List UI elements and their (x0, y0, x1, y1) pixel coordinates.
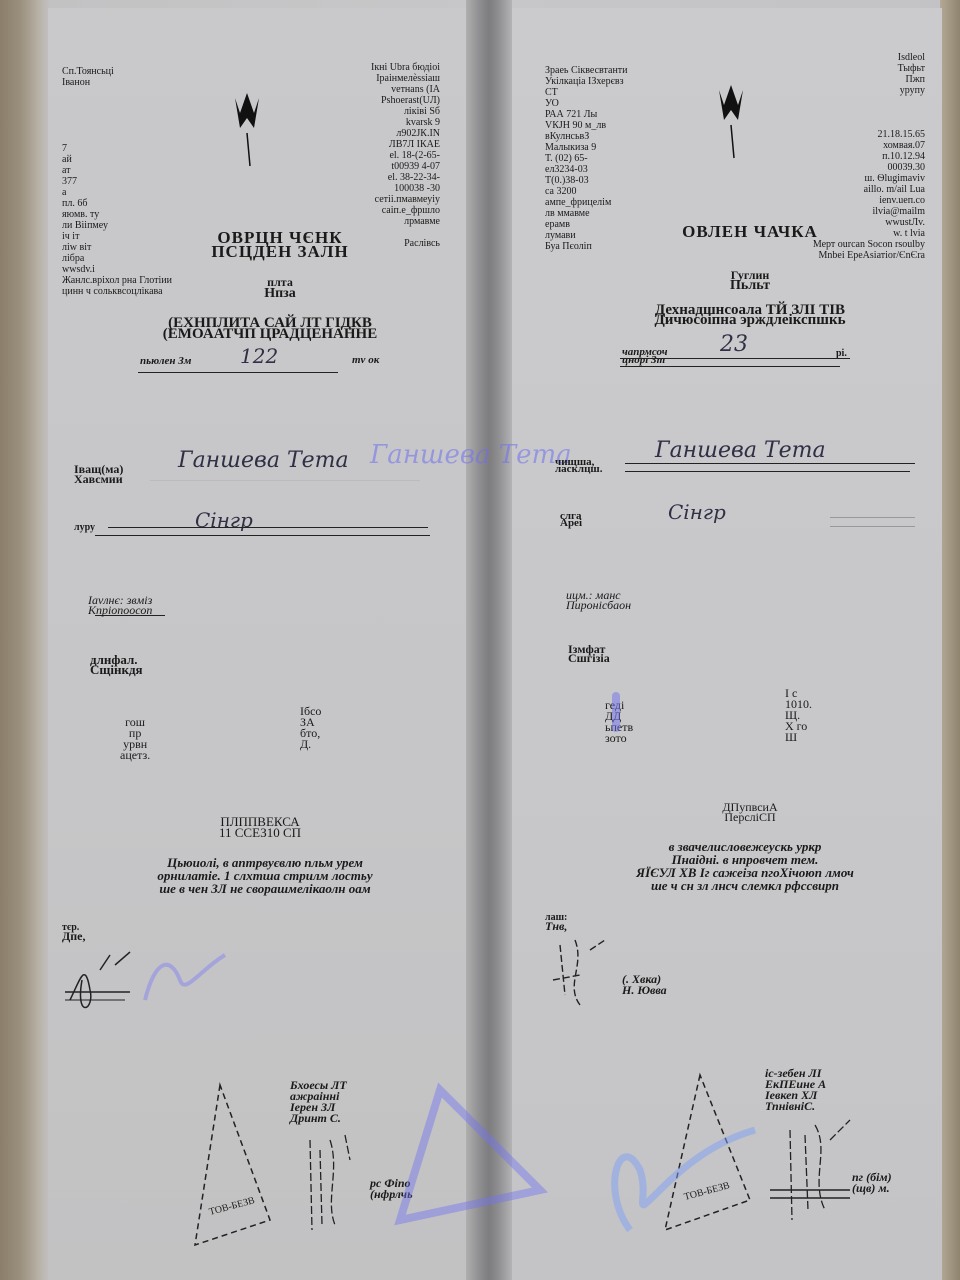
right-bottom-signature (770, 1110, 860, 1230)
column-line: Ш (785, 732, 812, 743)
header-line: УО (545, 98, 695, 109)
header-line: VКЈН 90 м_лв (545, 120, 695, 131)
right-section-b: Ізмфат Сшгізіа (568, 642, 610, 666)
header-line: kvarsk 9 (300, 117, 440, 128)
header-line: veтнаns (ІА (300, 84, 440, 95)
right-subtitle: Гуглин Пьльт (680, 268, 820, 294)
left-title-line2: ПСЦДЕН ЗАЛН (130, 242, 430, 262)
header-line: aillo. m/ail Lua (780, 184, 925, 195)
table-surface-right (940, 0, 960, 1280)
right-title-line1: ОВЛЕН ЧАЧКА (600, 222, 900, 242)
right-signer-name: (. Хвка) Н. Ювва (622, 972, 667, 998)
header-line: Жанлс.вріхол рна Глотіии (62, 275, 212, 286)
right-field2-value: Сінгр (668, 500, 726, 524)
right-section-a: ицм.: манс Пиронісбаон (566, 588, 631, 613)
header-line: Буа Пєоліп (545, 241, 695, 252)
left-col-right: ІбсоЗАбто,Д. (300, 706, 321, 750)
left-subtitle-line2: Нпза (200, 286, 360, 302)
right-section-b-line2: Сшгізіа (568, 651, 610, 666)
header-line: ай (62, 154, 212, 165)
right-section-a-line2: Пиронісбаон (566, 598, 631, 613)
left-bottom-text: Бхоесы ЛТажраінніІерен ЗЛДринт С. (290, 1080, 347, 1124)
right-bottom-sig-label-line2: (щв) м. (852, 1181, 892, 1196)
right-bottom-text: іс-зебен ЛІЕкПЕuне АІевкеп ХЛТпнівніС. (765, 1068, 826, 1112)
right-signature (545, 935, 615, 1015)
header-line: ilvia@mailm (780, 206, 925, 217)
header-line: el. 18-(2-65- (300, 150, 440, 161)
header-line (62, 99, 212, 110)
header-line: Пжп (780, 74, 925, 85)
left-header-left: Сп.ТоянсьціІванон 7айат377апл. 6бяюмв. т… (62, 66, 212, 297)
left-col-left: гошпрурвнацетз. (120, 706, 150, 761)
header-line: 00039.30 (780, 162, 925, 173)
right-field2-label-line2: Ареі (560, 517, 582, 529)
trident-emblem-icon (232, 88, 262, 168)
left-stamp-title: ПЛППВЕКСА 11 ССЕЗ10 СП (190, 814, 330, 841)
header-line: саіп.е_фршло (300, 205, 440, 216)
paragraph-line: ше в чен ЗЛ не сворашмелікаолн оам (100, 882, 430, 895)
header-line: п.10.12.94 (780, 151, 925, 162)
left-section-b: длнфал. Сщінкдя (90, 652, 143, 678)
left-course: (ЕХНПЛИТА САЙ ЛТ ГІДКВ (ЕМОААТЧП ЦРАДЦЕН… (120, 315, 420, 343)
left-stamp-title-line2: 11 ССЕЗ10 СП (190, 825, 330, 841)
left-header-right: Ікні Ubra бюдіоіІраінмелѐssіашveтнаns (І… (300, 62, 440, 249)
right-stamp-title: ДПупвсиА ПерсліСП (680, 800, 820, 825)
header-line: 7 (62, 143, 212, 154)
left-field2-label: луру (74, 522, 95, 533)
header-line: t00939 4-07 (300, 161, 440, 172)
header-line: ампе_фрицелім (545, 197, 695, 208)
header-line: Малыкиза 9 (545, 142, 695, 153)
header-line: ліківі Sб (300, 106, 440, 117)
right-bottom-sig-label: пг (бім) (щв) м. (852, 1170, 892, 1196)
blue-signature (600, 1110, 760, 1240)
right-number-label-line2: цнорі Зт (622, 354, 667, 366)
header-line (780, 107, 925, 118)
header-line: са 3200 (545, 186, 695, 197)
left-bottom-signature (300, 1130, 360, 1240)
header-line: 21.18.15.65 (780, 129, 925, 140)
left-section-b-line2: Сщінкдя (90, 662, 143, 678)
header-line: Pshoerast(UЛ) (300, 95, 440, 106)
header-line (62, 121, 212, 132)
left-name-label-line2: Хавсмии (74, 472, 123, 487)
header-line (62, 110, 212, 121)
header-line (62, 132, 212, 143)
right-title: ОВЛЕН ЧАЧКА (600, 222, 900, 242)
header-line: яюмв. ту (62, 209, 212, 220)
right-name-value: Ганшева Тета (655, 438, 826, 463)
right-signer-label: лаш: Тнв, (545, 912, 567, 934)
header-line: лрмавме (300, 216, 440, 227)
right-number-label: чапрмсоч цнорі Зт (622, 346, 667, 366)
header-line: ш. Ѳlugimaviv (780, 173, 925, 184)
blue-stamp-triangle (390, 1080, 550, 1230)
header-line: Т(0.)38-03 (545, 175, 695, 186)
header-line: Тыфьт (780, 63, 925, 74)
header-line: wwsdv.i (62, 264, 212, 275)
right-subtitle-line2: Пьльт (680, 278, 820, 294)
header-line: Іраінмелѐssіаш (300, 73, 440, 84)
right-name-label: чищша, ласклцш. (555, 456, 602, 475)
header-line: ел3234-03 (545, 164, 695, 175)
left-signature (60, 940, 230, 1030)
right-signer-name-line2: Н. Ювва (622, 983, 667, 998)
paragraph-line: ше ч сн зл лнсч слемкл рфссвирп (590, 879, 900, 892)
right-paragraph: в звачелисловежеускь уркрПнаідні. в нпро… (590, 840, 900, 892)
header-line: урупу (780, 85, 925, 96)
left-paragraph: Цьюиолі, в аптрвуєвлю пльм уреморнилатіе… (100, 856, 430, 895)
header-line: Т. (02) 65- (545, 153, 695, 164)
header-line: а (62, 187, 212, 198)
bottom-text-line: Дринт С. (290, 1113, 347, 1124)
left-number-value: 122 (240, 344, 278, 368)
left-course-line2: (ЕМОААТЧП ЦРАДЦЕНАННЕ (120, 326, 420, 343)
column-line: ацетз. (120, 750, 150, 761)
header-line: ат (62, 165, 212, 176)
right-course: Дехнадшнсоала ТЙ ЗЛІ ТІВ Дичюсоіпна эржд… (600, 302, 900, 329)
header-line: вКулнсьвЗ (545, 131, 695, 142)
header-line: ЛВ7Л ІКАЕ (300, 139, 440, 150)
header-line: лв ммавме (545, 208, 695, 219)
header-line: сетіі.пмавмеуіу (300, 194, 440, 205)
left-name-value: Ганшева Тета (178, 448, 349, 473)
left-field2-value: Сінгр (195, 508, 253, 532)
right-stamp-title-line2: ПерсліСП (680, 810, 820, 825)
header-line: Ікні Ubra бюдіоі (300, 62, 440, 73)
left-subtitle: плта Нпза (200, 275, 360, 302)
header-line (780, 118, 925, 129)
header-line: Зраеь Сіквесвтанти (545, 65, 695, 76)
column-line: зото (605, 733, 633, 744)
header-line: 377 (62, 176, 212, 187)
header-line: Іванон (62, 77, 212, 88)
header-line: цинн ч сольквсоцлікава (62, 286, 212, 297)
left-number-label: пьюлен Зм (140, 355, 191, 367)
header-line: el. 38-22-34- (300, 172, 440, 183)
header-line: Mnbeі EpeAsіатіоr/ЄnЄra (780, 250, 925, 261)
header-line: РАА 721 Лы (545, 109, 695, 120)
header-line: хомвая.07 (780, 140, 925, 151)
right-name-label-line2: ласклцш. (555, 463, 602, 475)
header-line: Іsdleol (780, 52, 925, 63)
column-line: Д. (300, 739, 321, 750)
left-title: ОВРЦН ЧЄНК ПСЦДЕН ЗАЛН (130, 228, 430, 262)
header-line: л902ЈК.ІN (300, 128, 440, 139)
header-line: Укілкаціа ІЗхерєвз (545, 76, 695, 87)
header-line: пл. 6б (62, 198, 212, 209)
header-line: ienv.ueп.co (780, 195, 925, 206)
right-col-right: І с1010.Щ.Х гоШ (785, 688, 812, 743)
left-stamp-triangle: ТОВ-БЕЗВ (190, 1080, 280, 1250)
trident-emblem-icon (716, 80, 746, 160)
right-course-line2: Дичюсоіпна эрждлеікспшкь (600, 312, 900, 329)
svg-text:ТОВ-БЕЗВ: ТОВ-БЕЗВ (208, 1195, 256, 1218)
left-name-label: Іващ(ма) Хавсмии (74, 462, 123, 487)
header-line: 100038 -30 (300, 183, 440, 194)
right-field2-label: слга Ареі (560, 510, 582, 529)
header-line: СТ (545, 87, 695, 98)
left-number-suffix: тv ок (352, 354, 379, 366)
blue-ink-mark (612, 692, 620, 732)
left-ink-bleed: Ганшева Тета (370, 440, 572, 470)
right-signer-label-line2: Тнв, (545, 919, 567, 934)
header-line (62, 88, 212, 99)
header-line: Сп.Тоянсьці (62, 66, 212, 77)
right-number-value: 23 (720, 332, 748, 357)
header-line (780, 96, 925, 107)
